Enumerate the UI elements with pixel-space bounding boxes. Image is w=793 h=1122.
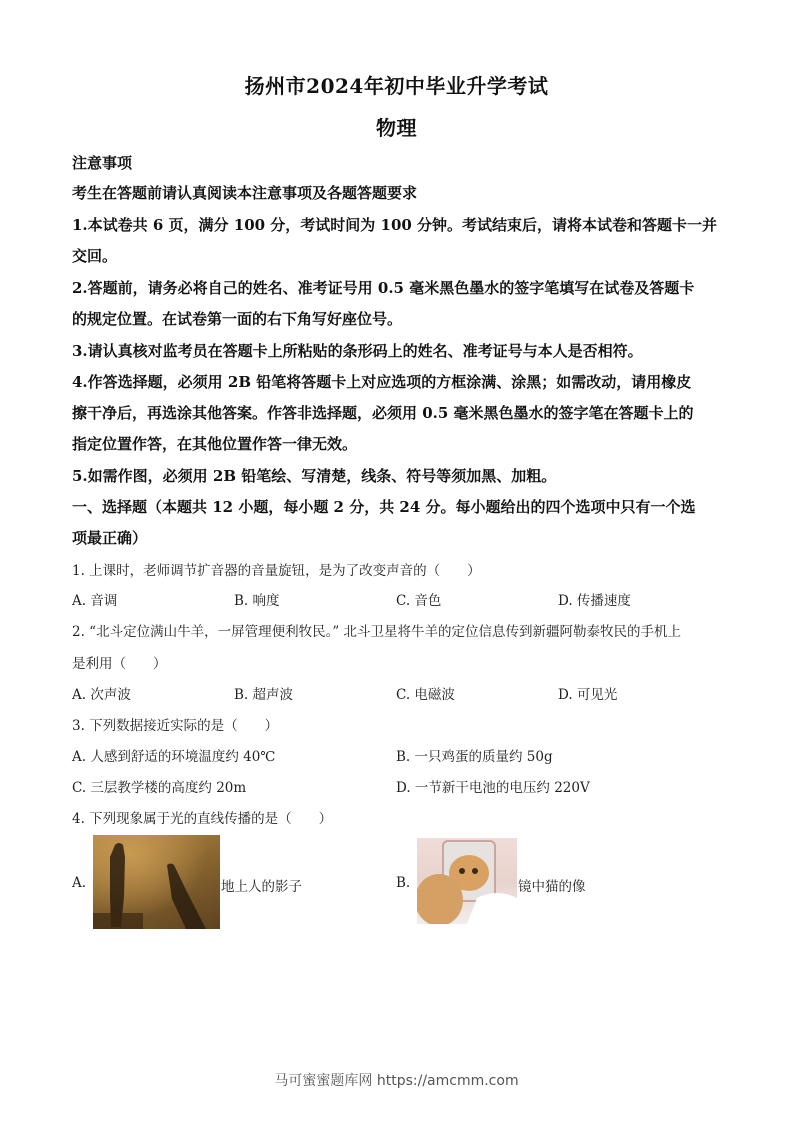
notice-item-2-cont: 的规定位置。在试卷第一面的右下角写好座位号。 — [72, 308, 402, 329]
question-4-option-a-label: A. — [72, 875, 86, 891]
question-1-option-d: D. 传播速度 — [558, 589, 631, 609]
question-3-option-c: C. 三层教学楼的高度约 20m — [72, 776, 246, 796]
notice-item-1-cont: 交回。 — [72, 245, 117, 266]
question-2-option-a: A. 次声波 — [72, 683, 131, 703]
notice-item-4-cont2: 指定位置作答，在其他位置作答一律无效。 — [72, 433, 357, 454]
question-2-stem: 2. “北斗定位满山牛羊，一屏管理便利牧民。” 北斗卫星将牛羊的定位信息传到新疆… — [72, 620, 681, 640]
cat-mirror-illustration — [417, 838, 517, 924]
question-2-stem-cont: 是利用（ ） — [72, 652, 167, 672]
question-3-stem: 3. 下列数据接近实际的是（ ） — [72, 714, 278, 734]
watermark-footer: 马可蜜蜜题库网 https://amcmm.com — [0, 1070, 793, 1090]
exam-title: 扬州市2024年初中毕业升学考试 — [0, 70, 793, 99]
exam-subject: 物理 — [0, 112, 793, 141]
notice-item-4-cont: 擦干净后，再选涂其他答案。作答非选择题，必须用 0.5 毫米黑色墨水的签字笔在答… — [72, 402, 694, 423]
notice-intro: 考生在答题前请认真阅读本注意事项及各题答题要求 — [72, 182, 417, 203]
question-1-option-b: B. 响度 — [234, 589, 280, 609]
question-2-option-b: B. 超声波 — [234, 683, 293, 703]
question-4-option-b-label: B. — [396, 875, 410, 891]
cat-in-mirror-image — [417, 838, 517, 924]
question-1-option-c: C. 音色 — [396, 589, 441, 609]
section-heading-cont: 项最正确） — [72, 527, 147, 548]
question-2-option-c: C. 电磁波 — [396, 683, 455, 703]
section-heading: 一、选择题（本题共 12 小题，每小题 2 分，共 24 分。每小题给出的四个选… — [72, 496, 696, 517]
notice-item-5: 5.如需作图，必须用 2B 铅笔绘、写清楚，线条、符号等须加黑、加粗。 — [72, 465, 556, 486]
question-3-option-d: D. 一节新干电池的电压约 220V — [396, 776, 590, 796]
notice-item-1: 1.本试卷共 6 页，满分 100 分，考试时间为 100 分钟。考试结束后，请… — [72, 214, 717, 235]
question-4-stem: 4. 下列现象属于光的直线传播的是（ ） — [72, 807, 332, 827]
notice-item-4: 4.作答选择题，必须用 2B 铅笔将答题卡上对应选项的方框涂满、涂黑；如需改动，… — [72, 371, 691, 392]
question-3-option-a: A. 人感到舒适的环境温度约 40℃ — [72, 745, 275, 765]
question-4-option-a-caption: 地上人的影子 — [221, 875, 302, 895]
shadows-illustration — [93, 835, 220, 929]
question-4-option-b-caption: 镜中猫的像 — [518, 875, 586, 895]
question-1-stem: 1. 上课时，老师调节扩音器的音量旋钮，是为了改变声音的（ ） — [72, 559, 481, 579]
question-3-option-b: B. 一只鸡蛋的质量约 50g — [396, 745, 553, 765]
shadows-on-ground-image — [93, 835, 220, 929]
question-2-option-d: D. 可见光 — [558, 683, 617, 703]
question-1-option-a: A. 音调 — [72, 589, 117, 609]
notice-item-2: 2.答题前，请务必将自己的姓名、准考证号用 0.5 毫米黑色墨水的签字笔填写在试… — [72, 277, 694, 298]
notice-item-3: 3.请认真核对监考员在答题卡上所粘贴的条形码上的姓名、准考证号与本人是否相符。 — [72, 340, 643, 361]
notice-heading: 注意事项 — [72, 152, 132, 173]
